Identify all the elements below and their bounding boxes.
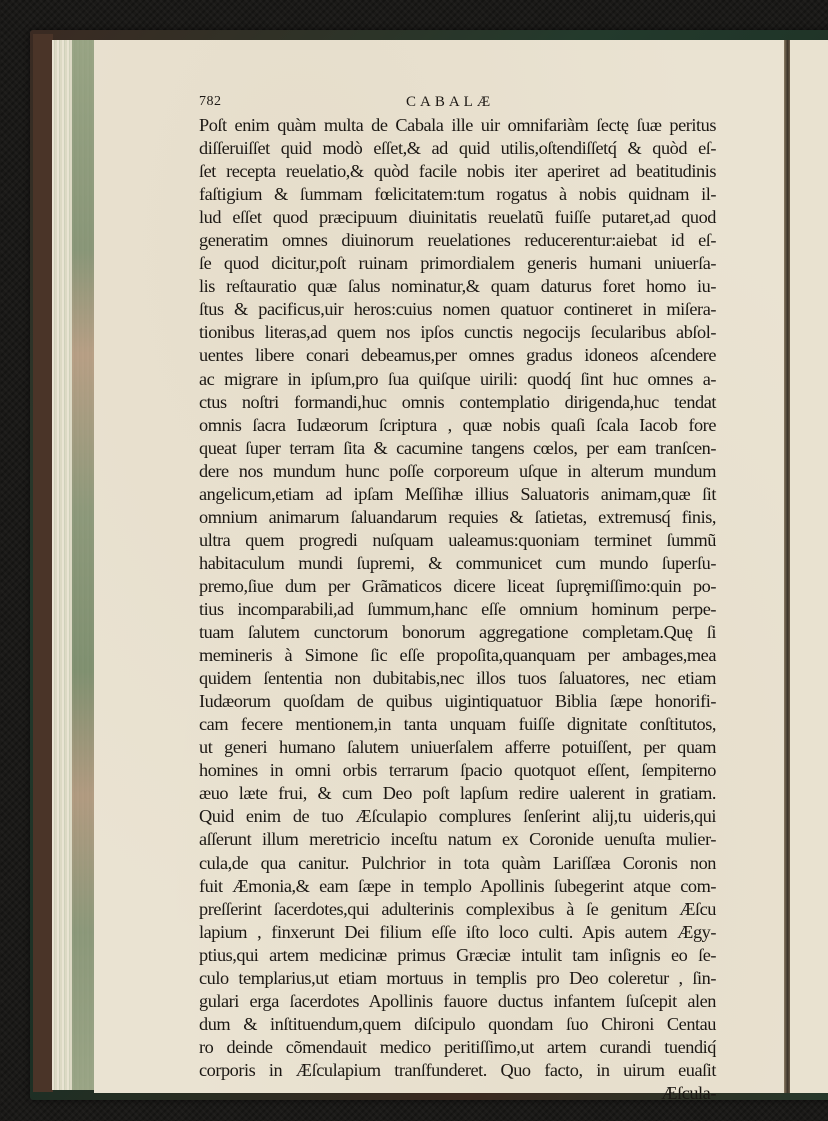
text-line: fuit Æmonia,& eam ſæpe in templo Apollin… — [199, 875, 716, 898]
text-line: tionibus literas,ad quem nos ipſos cunct… — [199, 321, 716, 344]
text-line: homines in omni orbis terrarum ſpacio qu… — [199, 759, 716, 782]
text-line: aſſerunt illum meretricio inceſtu natum … — [199, 828, 716, 851]
text-line: corporis in Æſculapium tranſfunderet. Qu… — [199, 1059, 716, 1082]
text-line: lud eſſet quod præcipuum diuinitatis reu… — [199, 206, 716, 229]
text-block: 782 CABALÆ Poſt enim quàm multa de Cabal… — [199, 94, 716, 1105]
body-text: Poſt enim quàm multa de Cabala ille uir … — [199, 114, 716, 1105]
text-line: preſſerint ſacerdotes,qui adulterinis co… — [199, 898, 716, 921]
text-line: premo,ſiue dum per Grãmaticos dicere lic… — [199, 575, 716, 598]
text-line: ſet recepta reuelatio,& quòd facile nobi… — [199, 160, 716, 183]
text-line: tuam ſalutem cunctorum bonorum aggregati… — [199, 621, 716, 644]
text-line: ſtus & pacificus,uir heros:cuius nomen q… — [199, 298, 716, 321]
running-head: CABALÆ — [406, 94, 494, 111]
text-line: uentes libere conari debeamus,per omnes … — [199, 344, 716, 367]
page-number: 782 — [199, 94, 222, 110]
page-header: 782 CABALÆ — [199, 94, 716, 112]
text-line: ac migrare in ipſum,pro ſua quiſque uiri… — [199, 368, 716, 391]
text-line: habitaculum mundi ſupremi, & communicet … — [199, 552, 716, 575]
text-line: cam fecere mentionem,in tanta unquam fui… — [199, 713, 716, 736]
text-line: Poſt enim quàm multa de Cabala ille uir … — [199, 114, 716, 137]
text-line: generatim omnes diuinorum reuelationes r… — [199, 229, 716, 252]
text-line: queat ſuper terram ſita & cacumine tange… — [199, 437, 716, 460]
text-line: lis reſtauratio quæ ſalus nominatur,& qu… — [199, 275, 716, 298]
text-line: ptius,qui artem medicinæ primus Græciæ i… — [199, 944, 716, 967]
text-line: cula,de qua canitur. Pulchrior in tota q… — [199, 852, 716, 875]
text-line: memineris à Simone ſic eſſe propoſita,qu… — [199, 644, 716, 667]
text-line: faſtigium & ſummam fœlicitatem:tum rogat… — [199, 183, 716, 206]
text-line: dere nos mundum hunc poſſe corporeum uſq… — [199, 460, 716, 483]
text-line: Iudæorum quoſdam de quibus uigintiquatuo… — [199, 690, 716, 713]
text-line: omnium animarum ſaluandarum requies & ſa… — [199, 506, 716, 529]
text-line: culo templarius,ut etiam mortuus in temp… — [199, 967, 716, 990]
catchword: Æſcula- — [199, 1082, 716, 1105]
page-edges — [52, 40, 94, 1090]
text-line: omnis ſacra Iudæorum ſcriptura , quæ nob… — [199, 414, 716, 437]
marbled-page-edge — [72, 40, 94, 1090]
text-line: ſe quod dicitur,poſt ruinam primordialem… — [199, 252, 716, 275]
text-line: tius incomparabili,ad ſummum,hanc eſſe o… — [199, 598, 716, 621]
text-line: æuo læte frui, & cum Deo poſt lapſum red… — [199, 782, 716, 805]
text-line: lapium , finxerunt Dei filium eſſe iſto … — [199, 921, 716, 944]
text-line: gulari erga ſacerdotes Apollinis fauore … — [199, 990, 716, 1013]
text-line: diſſeruiſſet quid modò eſſet,& ad quid u… — [199, 137, 716, 160]
text-line: ctus noſtri formandi,huc omnis contempla… — [199, 391, 716, 414]
text-line: quidem ſententia non dubitabis,nec illos… — [199, 667, 716, 690]
text-line: ut generi humano ſalutem uniuerſalem aff… — [199, 736, 716, 759]
text-line: angelicum,etiam ad ipſam Meſſihæ illius … — [199, 483, 716, 506]
text-line: ro deinde cõmendauit medico peritiſſimo,… — [199, 1036, 716, 1059]
facing-page-edge — [790, 40, 828, 1093]
text-line: ultra quem progredi nuſquam ualeamus:quo… — [199, 529, 716, 552]
text-line: dum & inſtituendum,quem diſcipulo quonda… — [199, 1013, 716, 1036]
text-line: Quid enim de tuo Æſculapio complures ſen… — [199, 805, 716, 828]
cover-edge — [33, 34, 53, 1092]
